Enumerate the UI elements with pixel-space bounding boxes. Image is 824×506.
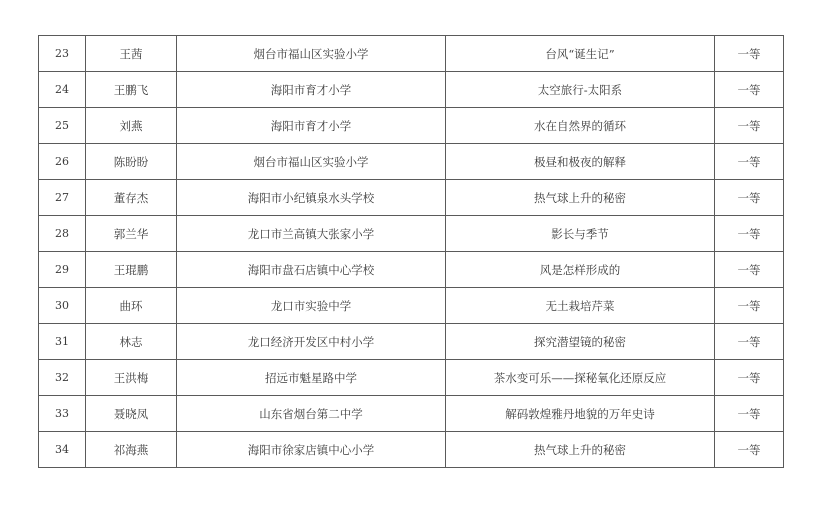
cell-school: 龙口市实验中学: [177, 288, 446, 324]
cell-award: 一等: [715, 432, 784, 468]
cell-title: 水在自然界的循环: [446, 108, 715, 144]
cell-award: 一等: [715, 324, 784, 360]
cell-school: 海阳市徐家店镇中心小学: [177, 432, 446, 468]
cell-number: 26: [39, 144, 86, 180]
cell-title: 无土栽培芹菜: [446, 288, 715, 324]
cell-award: 一等: [715, 72, 784, 108]
table-row: 33 聂晓凤 山东省烟台第二中学 解码敦煌雅丹地貌的万年史诗 一等: [39, 396, 784, 432]
cell-name: 刘燕: [86, 108, 177, 144]
cell-school: 海阳市育才小学: [177, 108, 446, 144]
cell-number: 33: [39, 396, 86, 432]
cell-award: 一等: [715, 360, 784, 396]
cell-school: 烟台市福山区实验小学: [177, 144, 446, 180]
cell-award: 一等: [715, 36, 784, 72]
cell-school: 烟台市福山区实验小学: [177, 36, 446, 72]
cell-title: 探究潜望镜的秘密: [446, 324, 715, 360]
cell-school: 龙口市兰高镇大张家小学: [177, 216, 446, 252]
cell-number: 23: [39, 36, 86, 72]
table-row: 34 祁海燕 海阳市徐家店镇中心小学 热气球上升的秘密 一等: [39, 432, 784, 468]
cell-number: 25: [39, 108, 86, 144]
table-row: 29 王琨鹏 海阳市盘石店镇中心学校 风是怎样形成的 一等: [39, 252, 784, 288]
cell-name: 董存杰: [86, 180, 177, 216]
cell-title: 风是怎样形成的: [446, 252, 715, 288]
table-row: 27 董存杰 海阳市小纪镇泉水头学校 热气球上升的秘密 一等: [39, 180, 784, 216]
award-table: 23 王茜 烟台市福山区实验小学 台风“诞生记” 一等 24 王鹏飞 海阳市育才…: [38, 35, 784, 468]
cell-school: 龙口经济开发区中村小学: [177, 324, 446, 360]
table-row: 23 王茜 烟台市福山区实验小学 台风“诞生记” 一等: [39, 36, 784, 72]
cell-name: 曲环: [86, 288, 177, 324]
table-row: 31 林志 龙口经济开发区中村小学 探究潜望镜的秘密 一等: [39, 324, 784, 360]
cell-school: 海阳市盘石店镇中心学校: [177, 252, 446, 288]
table-row: 30 曲环 龙口市实验中学 无土栽培芹菜 一等: [39, 288, 784, 324]
table-row: 26 陈盼盼 烟台市福山区实验小学 极昼和极夜的解释 一等: [39, 144, 784, 180]
cell-name: 聂晓凤: [86, 396, 177, 432]
cell-award: 一等: [715, 180, 784, 216]
cell-name: 祁海燕: [86, 432, 177, 468]
cell-name: 郭兰华: [86, 216, 177, 252]
cell-number: 24: [39, 72, 86, 108]
cell-title: 茶水变可乐——探秘氧化还原反应: [446, 360, 715, 396]
cell-school: 海阳市小纪镇泉水头学校: [177, 180, 446, 216]
cell-name: 王茜: [86, 36, 177, 72]
cell-award: 一等: [715, 252, 784, 288]
table-row: 28 郭兰华 龙口市兰高镇大张家小学 影长与季节 一等: [39, 216, 784, 252]
cell-number: 27: [39, 180, 86, 216]
cell-award: 一等: [715, 288, 784, 324]
cell-school: 海阳市育才小学: [177, 72, 446, 108]
cell-name: 林志: [86, 324, 177, 360]
cell-number: 28: [39, 216, 86, 252]
cell-school: 招远市魁星路中学: [177, 360, 446, 396]
cell-award: 一等: [715, 216, 784, 252]
cell-title: 解码敦煌雅丹地貌的万年史诗: [446, 396, 715, 432]
cell-name: 王琨鹏: [86, 252, 177, 288]
table-row: 24 王鹏飞 海阳市育才小学 太空旅行-太阳系 一等: [39, 72, 784, 108]
table-row: 32 王洪梅 招远市魁星路中学 茶水变可乐——探秘氧化还原反应 一等: [39, 360, 784, 396]
cell-school: 山东省烟台第二中学: [177, 396, 446, 432]
table-row: 25 刘燕 海阳市育才小学 水在自然界的循环 一等: [39, 108, 784, 144]
cell-name: 王洪梅: [86, 360, 177, 396]
cell-title: 热气球上升的秘密: [446, 432, 715, 468]
cell-title: 太空旅行-太阳系: [446, 72, 715, 108]
cell-number: 32: [39, 360, 86, 396]
cell-title: 影长与季节: [446, 216, 715, 252]
cell-number: 30: [39, 288, 86, 324]
cell-title: 台风“诞生记”: [446, 36, 715, 72]
cell-award: 一等: [715, 144, 784, 180]
cell-name: 王鹏飞: [86, 72, 177, 108]
cell-number: 34: [39, 432, 86, 468]
cell-title: 极昼和极夜的解释: [446, 144, 715, 180]
cell-award: 一等: [715, 108, 784, 144]
cell-number: 29: [39, 252, 86, 288]
cell-award: 一等: [715, 396, 784, 432]
cell-number: 31: [39, 324, 86, 360]
cell-title: 热气球上升的秘密: [446, 180, 715, 216]
cell-name: 陈盼盼: [86, 144, 177, 180]
